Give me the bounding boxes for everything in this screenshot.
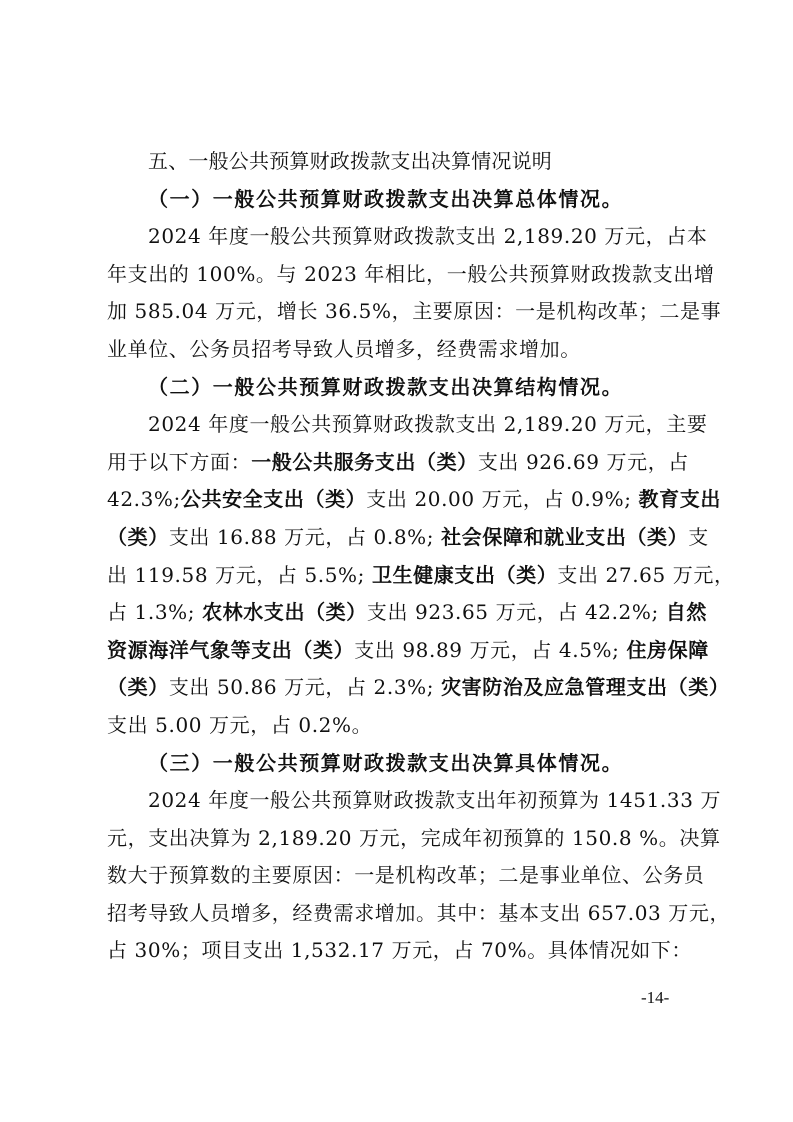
text-run: 支出 98.89 万元，占 4.5%;: [354, 638, 619, 662]
paragraph-line: 占 30%；项目支出 1,532.17 万元，占 70%。具体情况如下：: [107, 932, 687, 970]
text-run: 42.3%;: [107, 487, 181, 511]
paragraph-line: 业单位、公务员招考导致人员增多，经费需求增加。: [107, 331, 687, 369]
text-run: 支出 16.88 万元，占 0.8%;: [169, 525, 434, 549]
text-run: 支出 50.86 万元，占 2.3%;: [169, 675, 434, 699]
category-label: 卫生健康支出（类）: [372, 563, 557, 587]
paragraph-line: 2024 年度一般公共预算财政拨款支出 2,189.20 万元，主要: [107, 406, 687, 444]
paragraph-line: （类）支出 50.86 万元，占 2.3%; 灾害防治及应急管理支出（类）: [107, 669, 687, 707]
paragraph-line: 支出 5.00 万元，占 0.2%。: [107, 707, 687, 745]
section-title: 五、一般公共预算财政拨款支出决算情况说明: [107, 143, 687, 181]
paragraph-line: 数大于预算数的主要原因：一是机构改革；二是事业单位、公务员: [107, 857, 687, 895]
text-run: 支出 926.69 万元，占: [478, 450, 689, 474]
text-run: 出 119.58 万元，占 5.5%;: [107, 563, 365, 587]
text-run: 支出 923.65 万元，占 42.2%;: [367, 600, 659, 624]
text-run: 支出 27.65 万元，: [557, 563, 734, 587]
paragraph-line: 用于以下方面：一般公共服务支出（类）支出 926.69 万元，占: [107, 444, 687, 482]
subsection-heading-2: （二）一般公共预算财政拨款支出决算结构情况。: [107, 369, 687, 407]
text-run: 占 1.3%;: [107, 600, 195, 624]
text-run: 支出 20.00 万元，占 0.9%;: [366, 487, 631, 511]
paragraph-line: 加 585.04 万元，增长 36.5%，主要原因：一是机构改革；二是事: [107, 293, 687, 331]
paragraph-line: 2024 年度一般公共预算财政拨款支出年初预算为 1451.33 万: [107, 782, 687, 820]
paragraph-line: 42.3%;公共安全支出（类）支出 20.00 万元，占 0.9%; 教育支出: [107, 481, 687, 519]
text-run: 用于以下方面：: [107, 450, 251, 474]
text-run: 支: [688, 525, 709, 549]
page-number: -14-: [641, 988, 669, 1008]
paragraph-line: 招考导致人员增多，经费需求增加。其中：基本支出 657.03 万元，: [107, 895, 687, 933]
document-page: 五、一般公共预算财政拨款支出决算情况说明 （一）一般公共预算财政拨款支出决算总体…: [107, 143, 687, 970]
text-run: 支出 5.00 万元，占 0.2%。: [107, 713, 372, 737]
category-label: 一般公共服务支出（类）: [251, 450, 478, 474]
subsection-heading-3: （三）一般公共预算财政拨款支出决算具体情况。: [107, 745, 687, 783]
paragraph-line: 元，支出决算为 2,189.20 万元，完成年初预算的 150.8 %。决算: [107, 820, 687, 858]
category-label: 住房保障: [626, 638, 708, 662]
paragraph-line: 资源海洋气象等支出（类）支出 98.89 万元，占 4.5%; 住房保障: [107, 632, 687, 670]
category-label: 教育支出: [639, 487, 721, 511]
category-label: （类）: [107, 525, 169, 549]
paragraph-line: 出 119.58 万元，占 5.5%; 卫生健康支出（类）支出 27.65 万元…: [107, 557, 687, 595]
category-label: 自然: [666, 600, 707, 624]
paragraph-line: 占 1.3%; 农林水支出（类）支出 923.65 万元，占 42.2%; 自然: [107, 594, 687, 632]
category-label: 公共安全支出（类）: [181, 487, 366, 511]
paragraph-line: （类）支出 16.88 万元，占 0.8%; 社会保障和就业支出（类）支: [107, 519, 687, 557]
category-label: 农林水支出（类）: [202, 600, 367, 624]
subsection-heading-1: （一）一般公共预算财政拨款支出决算总体情况。: [107, 181, 687, 219]
paragraph-line: 2024 年度一般公共预算财政拨款支出 2,189.20 万元，占本: [107, 218, 687, 256]
category-label: 灾害防治及应急管理支出（类）: [441, 675, 729, 699]
category-label: （类）: [107, 675, 169, 699]
category-label: 社会保障和就业支出（类）: [441, 525, 688, 549]
paragraph-line: 年支出的 100%。与 2023 年相比，一般公共预算财政拨款支出增: [107, 256, 687, 294]
category-label: 资源海洋气象等支出（类）: [107, 638, 354, 662]
